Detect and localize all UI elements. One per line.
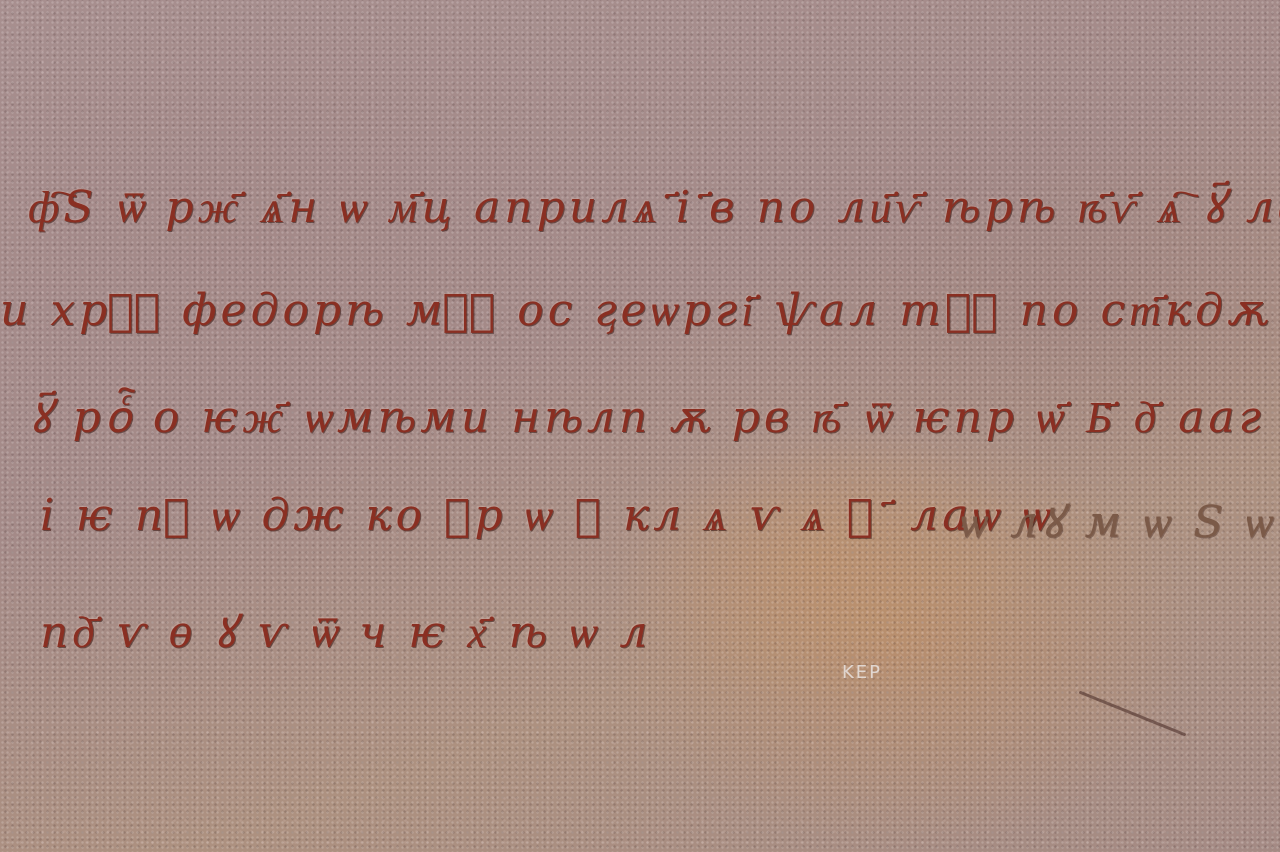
inscription-line-3: ꙋ҃ роⷭ҇ о ѥж҃ ѡмѣми нѣлп ѫ рв ѣ҃ ѿ ѥпр ѡ… [30,385,1280,445]
inscription-line-5: пд҃ ѵ ѳ ꙋ ѵ ѿ ч ѥ х҃ ѣ ѡ л [40,600,652,660]
inscription-line-1: ф҇Ѕ ѿ рж҃ ѧ҃н ѡ м҃ц априлѧ ҃і ҃в по ли҃ѵ… [28,175,1280,235]
inscription-uncolored-segment: ѡ лꙋ м ѡ Ѕ ѡ р ꙋ Д ѣ [960,490,1280,550]
inscription-line-4: і ѥ пⷶ ѡ дж ко ꙋр ѡ ꙋ кл ѧ ѵ ѧ ꙋ ҃ лаѡ ѡ [40,490,1054,541]
inscription-line-2: и хрⷭ҇ федорѣ мⷮ҇ ос ӷеѡргі҃ ѱал тѧⷦ по … [0,285,1280,336]
granite-stone-surface: ф҇Ѕ ѿ рж҃ ѧ҃н ѡ м҃ц априлѧ ҃і ҃в по ли҃ѵ… [0,0,1280,852]
graffiti-mark: KEP [842,662,882,683]
carved-inscription: ф҇Ѕ ѿ рж҃ ѧ҃н ѡ м҃ц априлѧ ҃і ҃в по ли҃ѵ… [0,0,1280,852]
